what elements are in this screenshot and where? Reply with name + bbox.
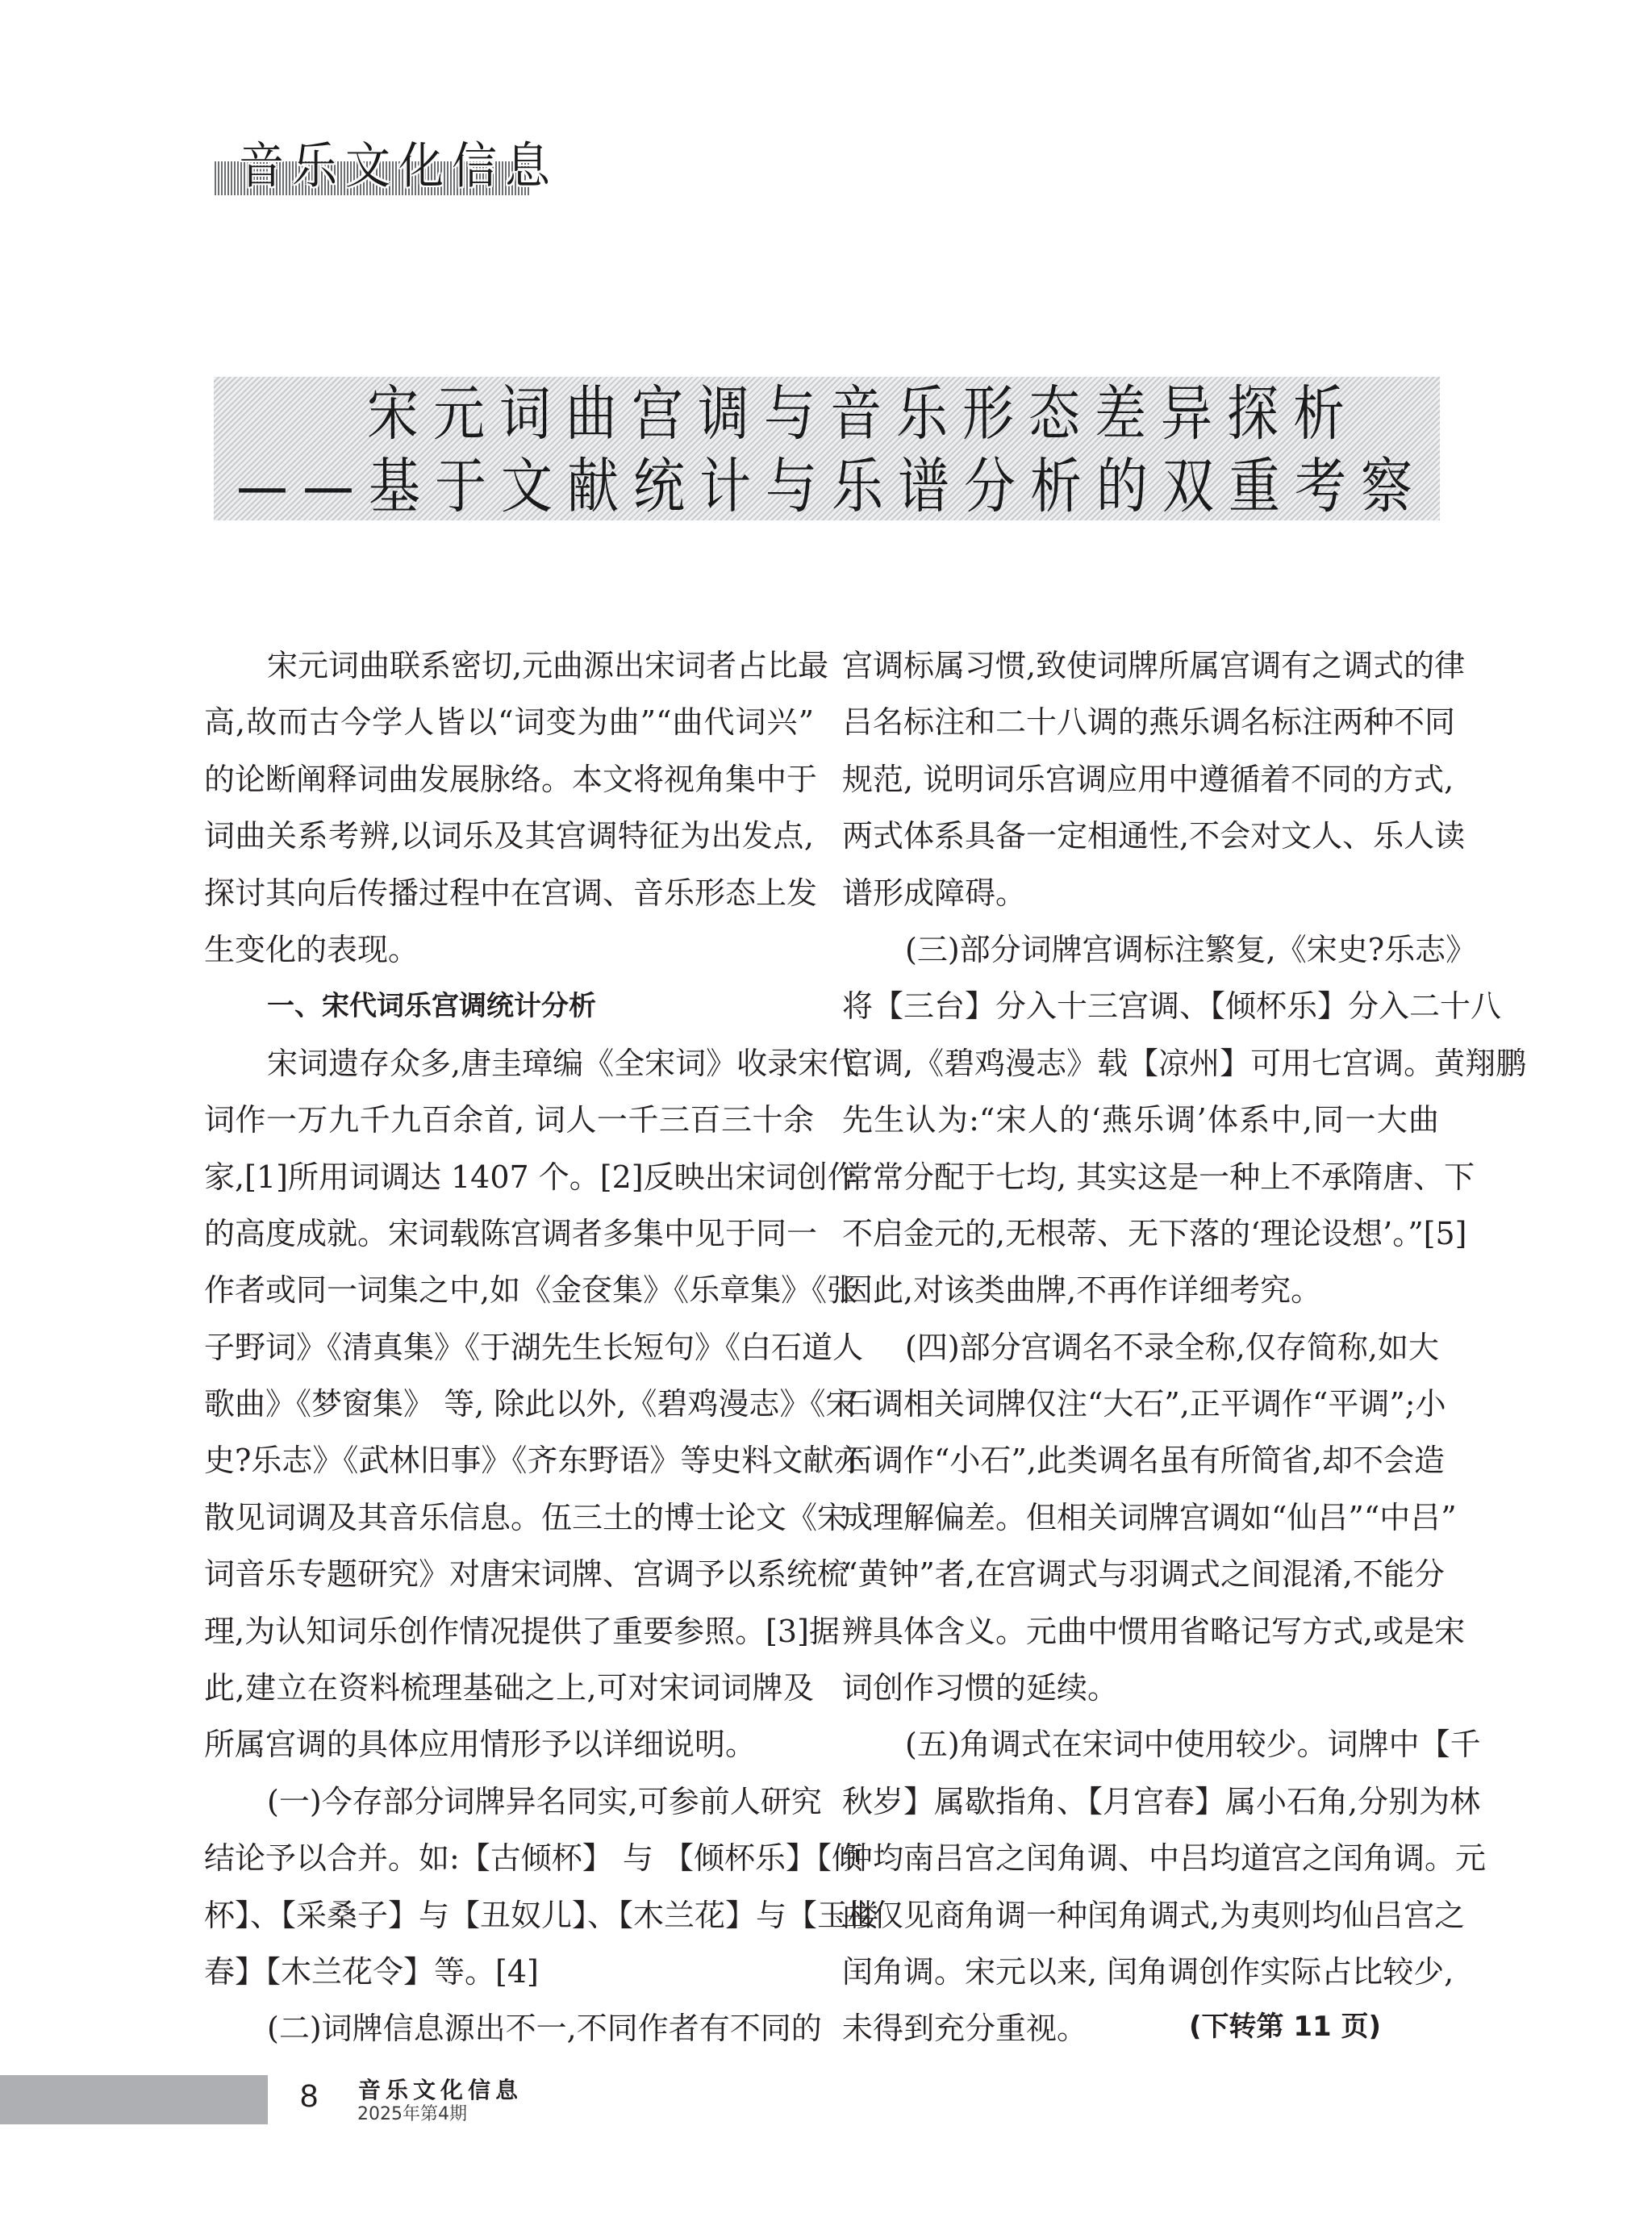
body-line: 宋词遗存众多,唐圭璋编《全宋词》收录宋代 — [204, 1041, 814, 1097]
body-line: 常常分配于七均, 其实这是一种上不承隋唐、下 — [842, 1155, 1439, 1211]
body-line: 石调作“小石”,此类调名虽有所简省,却不会造 — [842, 1438, 1439, 1494]
body-line: 词音乐专题研究》对唐宋词牌、宫调予以系统梳 — [204, 1552, 814, 1608]
body-line: 词作一万九千九百余首, 词人一千三百三十余 — [204, 1097, 814, 1154]
body-line: 辨具体含义。元曲中惯用省略记写方式,或是宋 — [842, 1609, 1439, 1665]
footer-magazine-name: 音乐文化信息 — [358, 2077, 523, 2104]
article-subtitle: ——基于文献统计与乐谱分析的双重考察 — [236, 450, 1427, 524]
body-line: 子野词》《清真集》《于湖先生长短句》《白石道人 — [204, 1325, 814, 1381]
body-line: 史?乐志》《武林旧事》《齐东野语》等史料文献亦 — [204, 1438, 814, 1494]
page-number: 8 — [300, 2075, 318, 2117]
body-line: 规范, 说明词乐宫调应用中遵循着不同的方式, — [842, 757, 1439, 813]
body-line: (三)部分词牌宫调标注繁复,《宋史?乐志》 — [842, 927, 1439, 984]
body-line: 闰角调。宋元以来, 闰角调创作实际占比较少, — [842, 1949, 1439, 2006]
body-line: 宋元词曲联系密切,元曲源出宋词者占比最 — [204, 643, 814, 700]
right-column: 宫调标属习惯,致使词牌所属宫调有之调式的律 吕名标注和二十八调的燕乐调名标注两种… — [842, 643, 1439, 2063]
body-line: 的高度成就。宋词载陈宫调者多集中见于同一 — [204, 1211, 814, 1268]
body-line: 结论予以合并。如:【古倾杯】 与 【倾杯乐】【倾 — [204, 1836, 814, 1892]
body-line: 石调相关词牌仅注“大石”,正平调作“平调”;小 — [842, 1381, 1439, 1438]
body-line: (二)词牌信息源出不一,不同作者有不同的 — [204, 2006, 814, 2062]
body-line: 高,故而古今学人皆以“词变为曲”“曲代词兴” — [204, 700, 814, 756]
body-line: 吕名标注和二十八调的燕乐调名标注两种不同 — [842, 700, 1439, 756]
footer-issue: 2025年第4期 — [357, 2103, 467, 2127]
body-line: 词曲关系考辨,以词乐及其宫调特征为出发点, — [204, 813, 814, 870]
body-line: 家,[1]所用词调达 1407 个。[2]反映出宋词创作 — [204, 1155, 814, 1211]
footer-gray-bar — [0, 2075, 268, 2124]
body-line: 散见词调及其音乐信息。伍三土的博士论文《宋 — [204, 1495, 814, 1552]
body-line: 宫调,《碧鸡漫志》载【凉州】可用七宫调。黄翔鹏 — [842, 1041, 1439, 1097]
body-line: 不启金元的,无根蒂、无下落的‘理论设想’。”[5] — [842, 1211, 1439, 1268]
body-line: 因此,对该类曲牌,不再作详细考究。 — [842, 1268, 1439, 1324]
left-column: 宋元词曲联系密切,元曲源出宋词者占比最 高,故而古今学人皆以“词变为曲”“曲代词… — [204, 643, 814, 2063]
body-line: 理,为认知词乐创作情况提供了重要参照。[3]据 — [204, 1609, 814, 1665]
body-line: 所属宫调的具体应用情形予以详细说明。 — [204, 1722, 814, 1778]
body-line: 杯】、【采桑子】与【丑奴儿】、【木兰花】与【玉楼 — [204, 1893, 814, 1949]
continued-on-page-note: (下转第 11 页) — [1189, 2004, 1381, 2049]
body-line: 曲仅见商角调一种闰角调式,为夷则均仙吕宫之 — [842, 1893, 1439, 1949]
body-line: “黄钟”者,在宫调式与羽调式之间混淆,不能分 — [842, 1552, 1439, 1608]
body-line: 歌曲》《梦窗集》 等, 除此以外,《碧鸡漫志》《宋 — [204, 1381, 814, 1438]
body-line: 先生认为:“宋人的‘燕乐调’体系中,同一大曲 — [842, 1097, 1439, 1154]
body-line: 生变化的表现。 — [204, 927, 814, 984]
body-line: 宫调标属习惯,致使词牌所属宫调有之调式的律 — [842, 643, 1439, 700]
body-line: (一)今存部分词牌异名同实,可参前人研究 — [204, 1779, 814, 1836]
body-line: 两式体系具备一定相通性,不会对文人、乐人读 — [842, 813, 1439, 870]
body-line: 的论断阐释词曲发展脉络。本文将视角集中于 — [204, 757, 814, 813]
section-heading: 一、宋代词乐宫调统计分析 — [204, 984, 814, 1040]
body-line: 将【三台】分入十三宫调、【倾杯乐】分入二十八 — [842, 984, 1439, 1040]
body-line: 钟均南吕宫之闰角调、中吕均道宫之闰角调。元 — [842, 1836, 1439, 1892]
body-line: 春】【木兰花令】等。[4] — [204, 1949, 814, 2006]
body-line: 成理解偏差。但相关词牌宫调如“仙吕”“中吕” — [842, 1495, 1439, 1552]
body-line: 词创作习惯的延续。 — [842, 1665, 1439, 1722]
body-line: 探讨其向后传播过程中在宫调、音乐形态上发 — [204, 871, 814, 927]
article-title: 宋元词曲宫调与音乐形态差异探析 — [367, 378, 1359, 452]
body-line: 此,建立在资料梳理基础之上,可对宋词词牌及 — [204, 1665, 814, 1722]
body-line: 谱形成障碍。 — [842, 871, 1439, 927]
body-line: 作者或同一词集之中,如《金奁集》《乐章集》《张 — [204, 1268, 814, 1324]
body-line: (四)部分宫调名不录全称,仅存简称,如大 — [842, 1325, 1439, 1381]
body-line: (五)角调式在宋词中使用较少。词牌中【千 — [842, 1722, 1439, 1778]
body-line: 秋岁】属歇指角、【月宫春】属小石角,分别为林 — [842, 1779, 1439, 1836]
section-header-label: 音乐文化信息 — [239, 136, 558, 198]
